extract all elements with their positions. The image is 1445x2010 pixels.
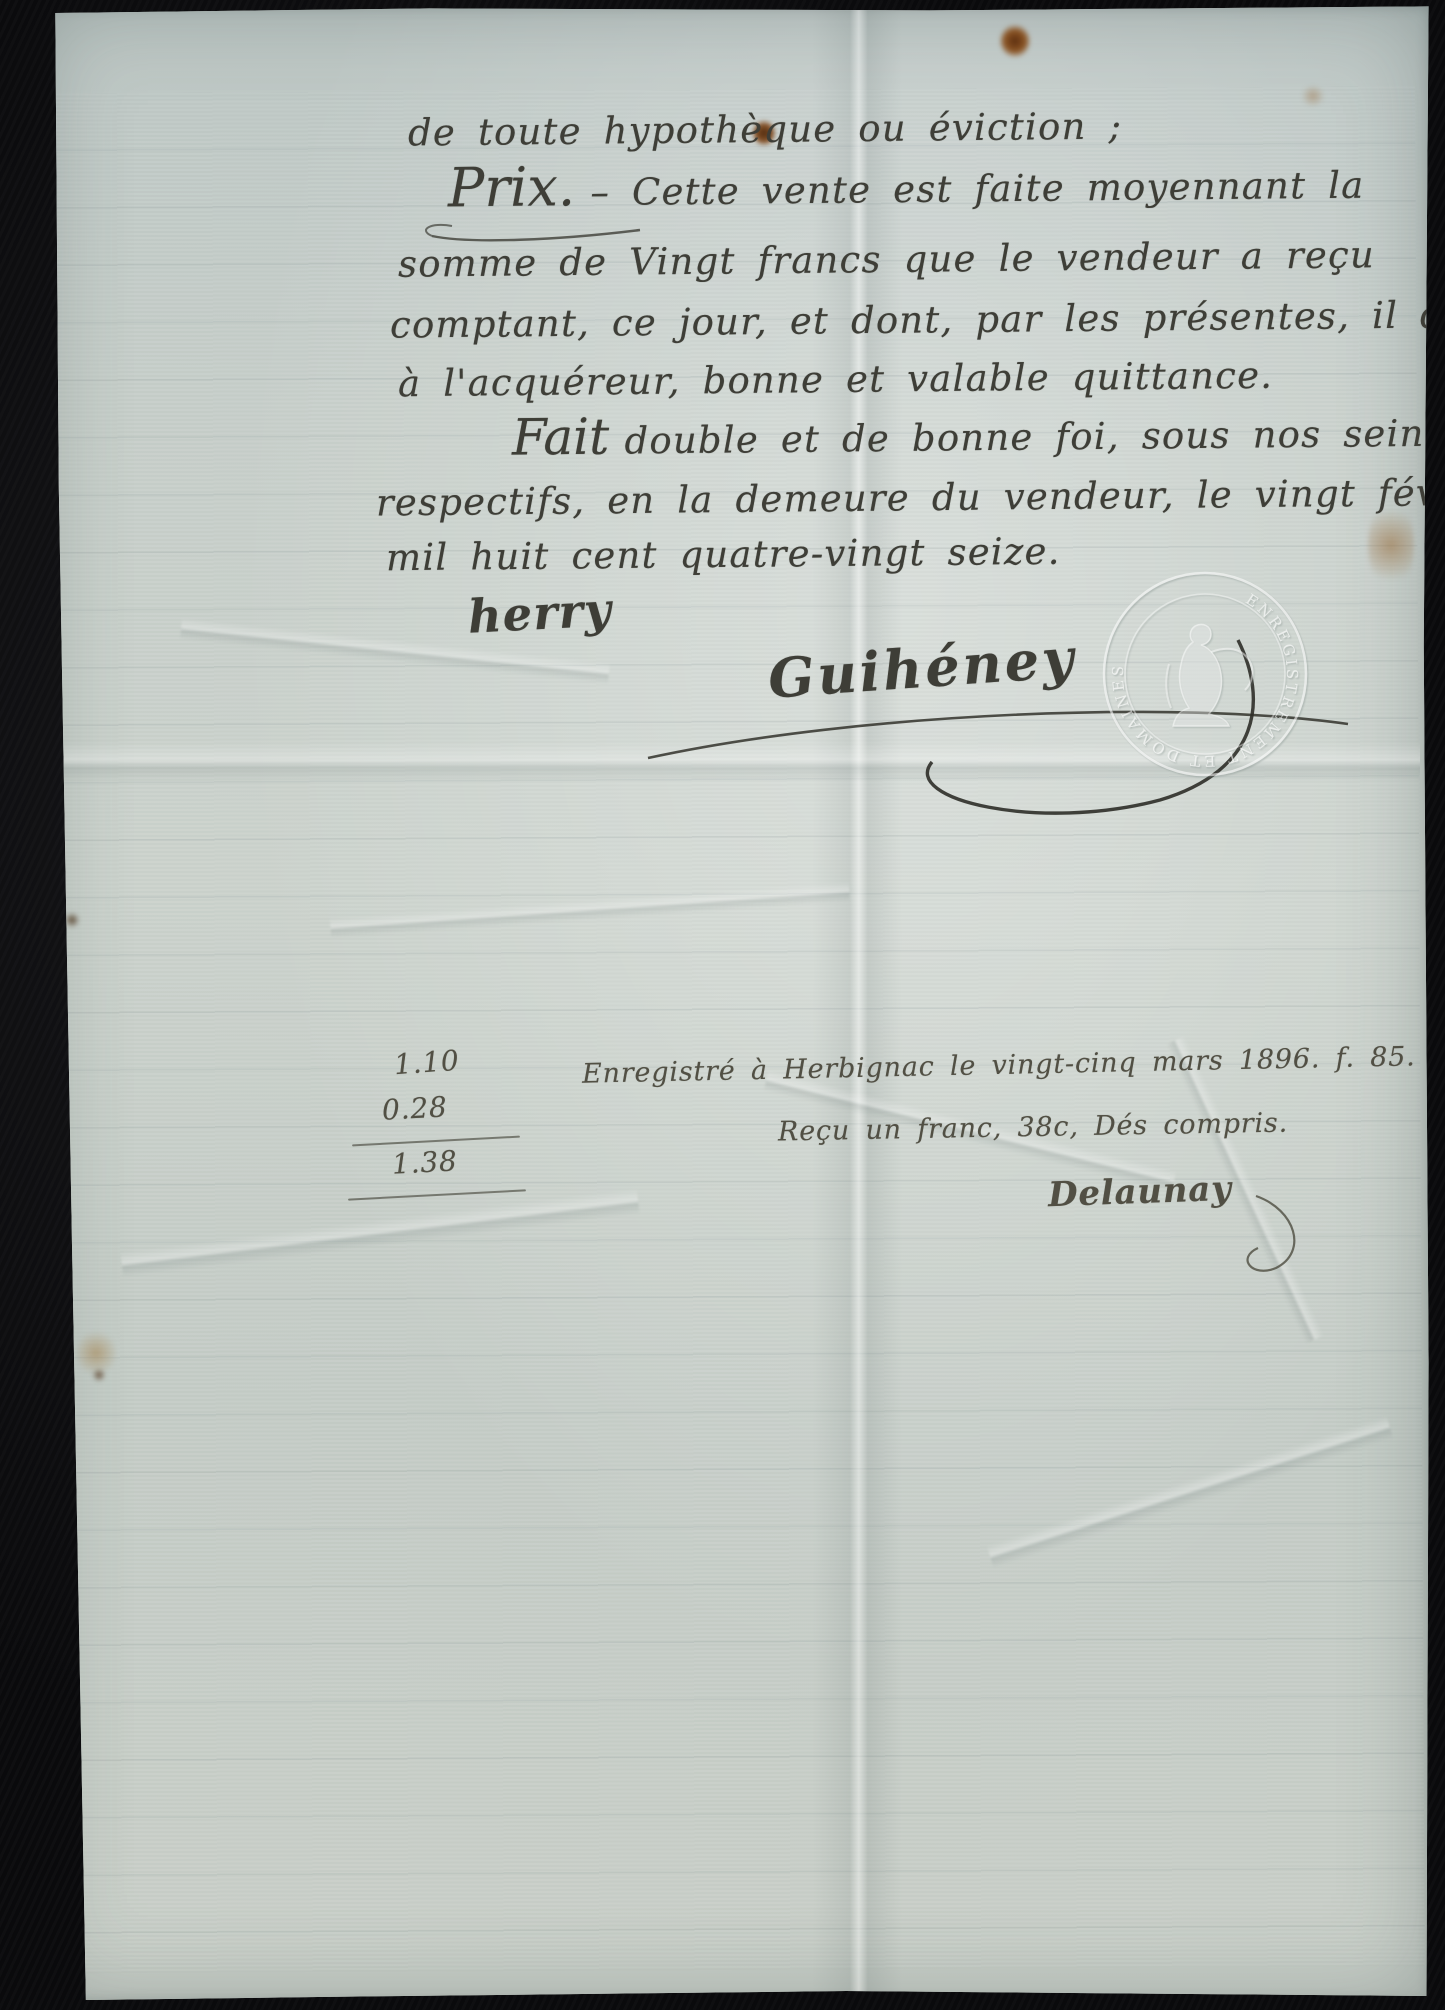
paper-content: de toute hypothèque ou éviction ; Prix. … [0, 0, 1445, 2010]
photo-of-document: { "colors": { "background": "#0a0a0c", "… [0, 0, 1445, 2010]
signature-delaunay-flourish [0, 0, 1445, 2010]
paper-sheet: de toute hypothèque ou éviction ; Prix. … [40, 6, 1430, 2002]
